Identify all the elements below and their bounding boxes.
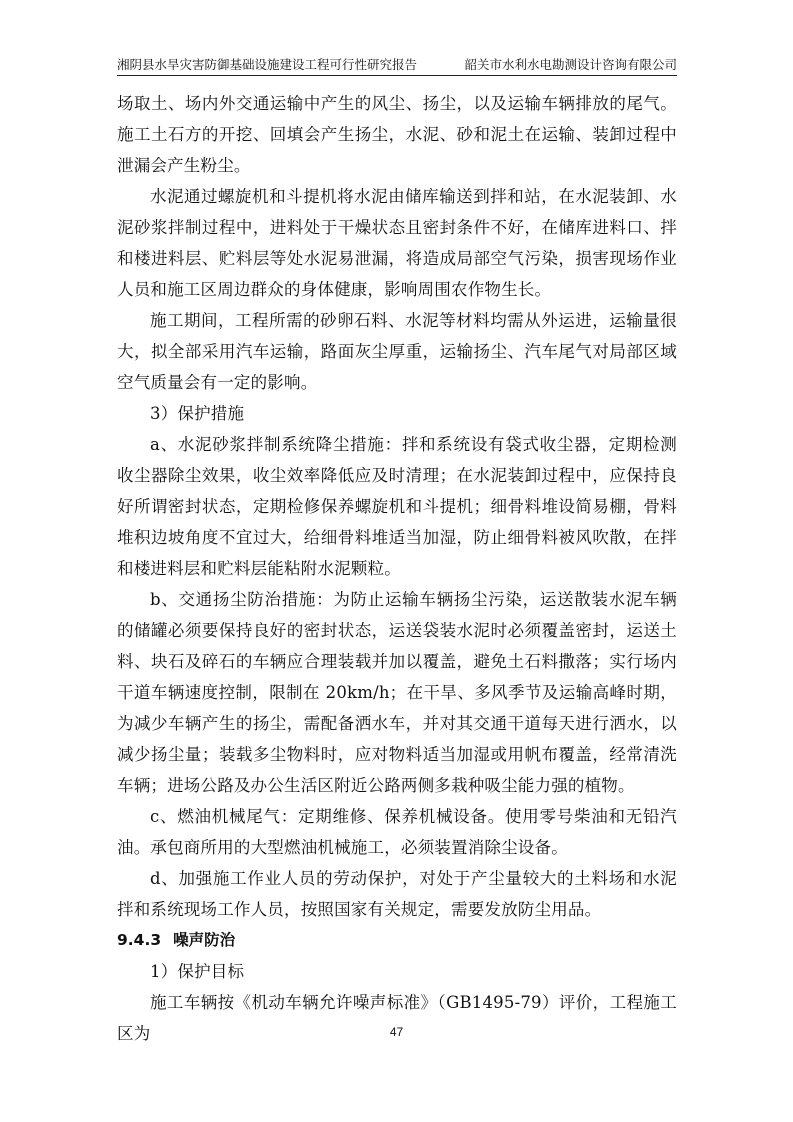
header-company: 韶关市水利水电勘测设计咨询有限公司	[464, 57, 677, 73]
paragraph-measure-c: c、燃油机械尾气：定期维修、保养机械设备。使用零号柴油和无铅汽油。承包商所用的大…	[117, 801, 677, 863]
paragraph-measure-d: d、加强施工作业人员的劳动保护，对处于产尘量较大的土料场和水泥拌和系统现场工作人…	[117, 863, 677, 925]
header-report-title: 湘阴县水旱灾害防御基础设施建设工程可行性研究报告	[117, 57, 417, 73]
subheading-protection-target: 1）保护目标	[117, 956, 677, 987]
section-heading: 9.4.3噪声防治	[117, 925, 677, 956]
paragraph-dust-sources: 场取土、场内外交通运输中产生的风尘、扬尘，以及运输车辆排放的尾气。施工土石方的开…	[117, 88, 677, 181]
paragraph-cement-leak: 水泥通过螺旋机和斗提机将水泥由储库输送到拌和站，在水泥装卸、水泥砂浆拌制过程中，…	[117, 181, 677, 305]
page-body: 场取土、场内外交通运输中产生的风尘、扬尘，以及运输车辆排放的尾气。施工土石方的开…	[117, 88, 677, 1049]
section-title: 噪声防治	[173, 931, 235, 949]
paragraph-noise-standard: 施工车辆按《机动车辆允许噪声标准》（GB1495-79）评价，工程施工区为	[117, 987, 677, 1049]
page-number: 47	[0, 1025, 793, 1039]
page-header: 湘阴县水旱灾害防御基础设施建设工程可行性研究报告 韶关市水利水电勘测设计咨询有限…	[117, 53, 677, 76]
paragraph-measure-a: a、水泥砂浆拌制系统降尘措施：拌和系统设有袋式收尘器，定期检测收尘器除尘效果，收…	[117, 429, 677, 584]
subheading-protection-measures: 3）保护措施	[117, 398, 677, 429]
paragraph-measure-b: b、交通扬尘防治措施：为防止运输车辆扬尘污染，运送散装水泥车辆的储罐必须要保持良…	[117, 584, 677, 801]
paragraph-transport: 施工期间，工程所需的砂卵石料、水泥等材料均需从外运进，运输量很大，拟全部采用汽车…	[117, 305, 677, 398]
section-number: 9.4.3	[117, 931, 161, 949]
